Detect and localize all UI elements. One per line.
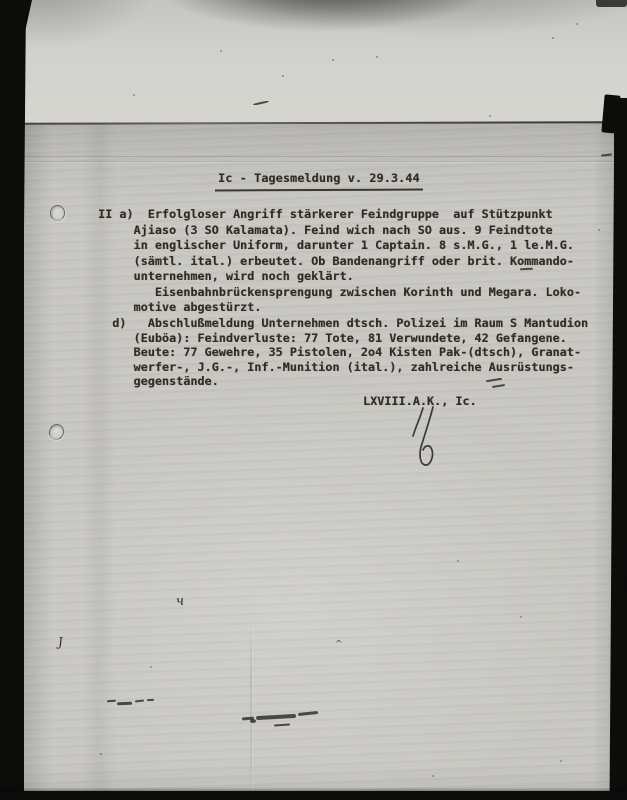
- text-line: (sämtl. ital.) erbeutet. Ob Bandenangrif…: [98, 254, 581, 270]
- dust-speck: [133, 94, 135, 96]
- text-line: in englischer Uniform, darunter 1 Captai…: [98, 238, 581, 254]
- text-line: (Euböa): Feindverluste: 77 Tote, 81 Verw…: [98, 331, 588, 346]
- text-line: II a) Erfolgloser Angriff stärkerer Fein…: [98, 207, 581, 223]
- scratch-mark: [298, 711, 318, 716]
- scanned-document: Ic - Tagesmeldung v. 29.3.44 II a) Erfol…: [0, 0, 627, 800]
- dust-speck: [457, 560, 459, 562]
- scan-border-bottom: [0, 791, 627, 800]
- title-underline: [215, 189, 423, 192]
- scratch-mark: [256, 714, 296, 720]
- text-line: d) Abschlußmeldung Unternehmen dtsch. Po…: [98, 316, 588, 331]
- dust-speck: [100, 753, 102, 755]
- handwritten-mark: ч: [175, 594, 185, 610]
- text-line: werfer-, J.G.-, Inf.-Munition (ital.), z…: [98, 360, 588, 375]
- vertical-crease: [250, 623, 252, 793]
- text-line: Ajiaso (3 SO Kalamata). Feind wich nach …: [98, 223, 581, 239]
- section-IIa-text: II a) Erfolgloser Angriff stärkerer Fein…: [98, 207, 581, 316]
- text-line: motive abgestürzt.: [98, 300, 581, 316]
- dust-speck: [432, 775, 434, 777]
- dust-speck: [332, 59, 334, 61]
- scratch-mark: [135, 700, 144, 703]
- scan-shadow-top-right: [596, 0, 627, 7]
- document-page: Ic - Tagesmeldung v. 29.3.44 II a) Erfol…: [24, 123, 614, 793]
- dust-speck: [520, 616, 522, 618]
- dust-speck: [598, 229, 600, 231]
- upper-page-above-fold: [14, 0, 627, 125]
- dust-speck: [560, 760, 562, 762]
- dust-speck: [376, 56, 378, 58]
- report-title: Ic - Tagesmeldung v. 29.3.44: [218, 171, 420, 185]
- dust-speck: [282, 75, 284, 77]
- scratch-mark: [117, 702, 132, 705]
- text-line: Eisenbahnbrückensprengung zwischen Korin…: [98, 285, 581, 301]
- hole-punch: [50, 205, 65, 221]
- dust-speck: [150, 666, 152, 668]
- hole-punch: [46, 422, 66, 443]
- scratch-mark: [250, 719, 256, 723]
- text-line: Beute: 77 Gewehre, 35 Pistolen, 2o4 Kist…: [98, 345, 588, 360]
- dust-speck: [220, 50, 222, 52]
- dust-speck: [552, 37, 554, 39]
- dust-speck: [489, 115, 491, 117]
- section-d-text: d) Abschlußmeldung Unternehmen dtsch. Po…: [98, 316, 588, 389]
- dust-speck: [576, 23, 578, 25]
- handwritten-signature-squiggle: [406, 405, 444, 471]
- text-line: gegenstände.: [98, 374, 588, 389]
- text-line: unternehmen, wird noch geklärt.: [98, 269, 581, 285]
- scratch-mark: [147, 699, 154, 701]
- handwritten-mark: ^: [335, 640, 343, 650]
- scan-border-left: [0, 0, 26, 800]
- handwritten-mark: J: [58, 635, 64, 649]
- scratch-mark: [274, 723, 290, 726]
